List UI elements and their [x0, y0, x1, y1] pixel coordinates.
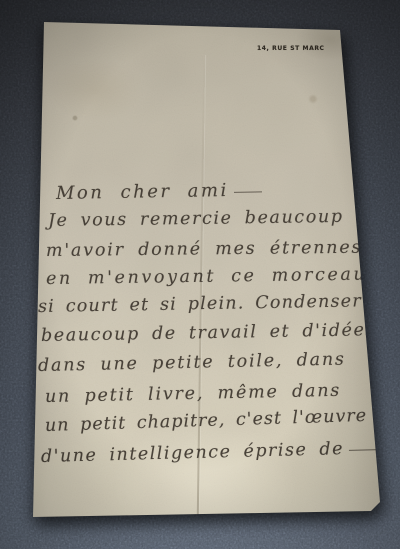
- letter-paper: 14, RUE ST MARC Mon cher ami Je vous rem…: [0, 0, 400, 549]
- handwriting-line-greeting: Mon cher ami: [56, 179, 262, 204]
- printed-letterhead: 14, RUE ST MARC: [257, 45, 325, 52]
- letter-sheet: 14, RUE ST MARC Mon cher ami Je vous rem…: [0, 0, 400, 549]
- letter-photo: 14, RUE ST MARC Mon cher ami Je vous rem…: [0, 0, 400, 549]
- handwriting-line: m'avoir donné mes étrennes: [46, 238, 362, 261]
